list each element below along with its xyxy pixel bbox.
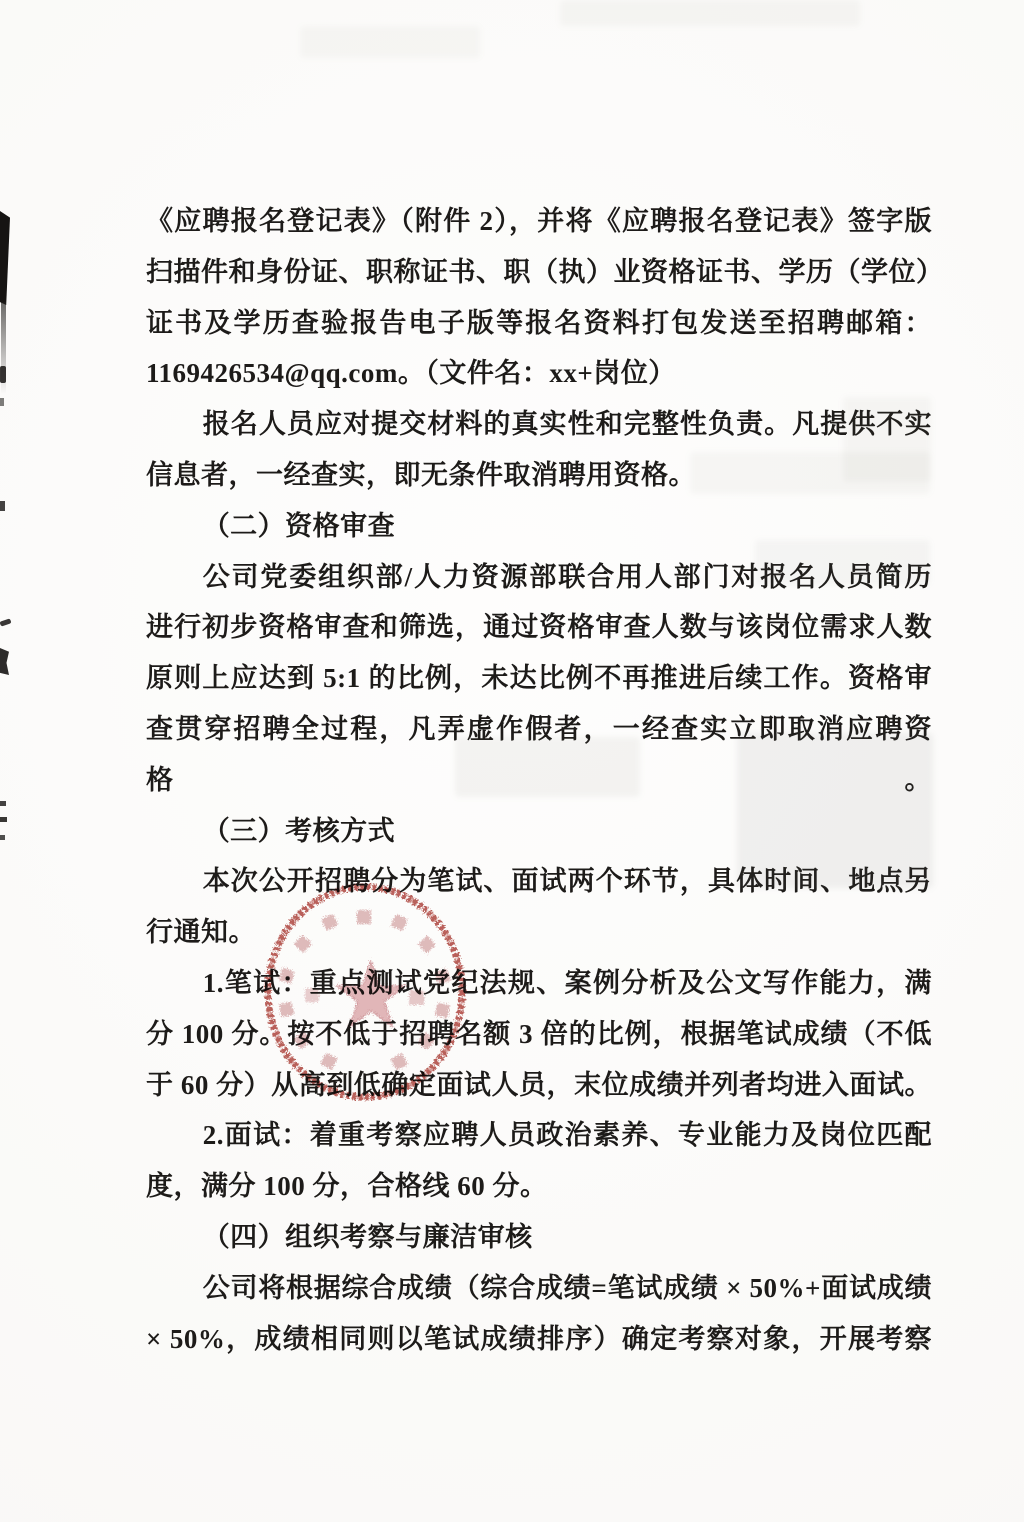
text-line-4: 1169426534@qq.com。（文件名：xx+岗位） <box>146 348 932 399</box>
text-line-10: 原则上应达到 5:1 的比例，未达比例不再推进后续工作。资格审 <box>146 653 932 704</box>
scan-artifact <box>0 801 6 806</box>
scan-artifact <box>0 211 10 305</box>
scan-artifact <box>0 648 9 675</box>
scan-artifact <box>0 835 5 840</box>
seal-star-icon <box>337 961 405 1026</box>
scan-artifact <box>0 618 12 626</box>
bleedthrough-mark <box>560 0 860 26</box>
text-line-22: × 50%，成绩相同则以笔试成绩排序）确定考察对象，开展考察 <box>146 1314 932 1365</box>
scan-artifact <box>0 398 4 406</box>
document-page: 《应聘报名登记表》（附件 2），并将《应聘报名登记表》签字版扫描件和身份证、职称… <box>0 0 1024 1522</box>
scan-artifact <box>0 366 6 383</box>
bleedthrough-mark <box>455 737 640 797</box>
bleedthrough-mark <box>300 26 480 58</box>
text-line-20: （四）组织考察与廉洁审核 <box>146 1212 932 1263</box>
bleedthrough-mark <box>755 540 930 585</box>
text-line-5: 报名人员应对提交材料的真实性和完整性负责。凡提供不实 <box>146 399 932 450</box>
bleedthrough-mark <box>690 452 930 494</box>
bleedthrough-mark <box>737 733 933 888</box>
official-seal <box>253 872 477 1112</box>
text-line-2: 扫描件和身份证、职称证书、职（执）业资格证书、学历（学位） <box>146 247 932 298</box>
text-line-1: 《应聘报名登记表》（附件 2），并将《应聘报名登记表》签字版 <box>146 196 932 247</box>
text-line-9: 进行初步资格审查和筛选，通过资格审查人数与该岗位需求人数 <box>146 602 932 653</box>
text-line-19: 度，满分 100 分，合格线 60 分。 <box>146 1161 932 1212</box>
text-line-18: 2.面试：着重考察应聘人员政治素养、专业能力及岗位匹配 <box>146 1110 932 1161</box>
text-line-3: 证书及学历查验报告电子版等报名资料打包发送至招聘邮箱： <box>146 298 932 349</box>
text-line-21: 公司将根据综合成绩（综合成绩=笔试成绩 × 50%+面试成绩 <box>146 1263 932 1314</box>
scan-artifact <box>0 817 7 822</box>
scan-artifact <box>0 501 5 511</box>
